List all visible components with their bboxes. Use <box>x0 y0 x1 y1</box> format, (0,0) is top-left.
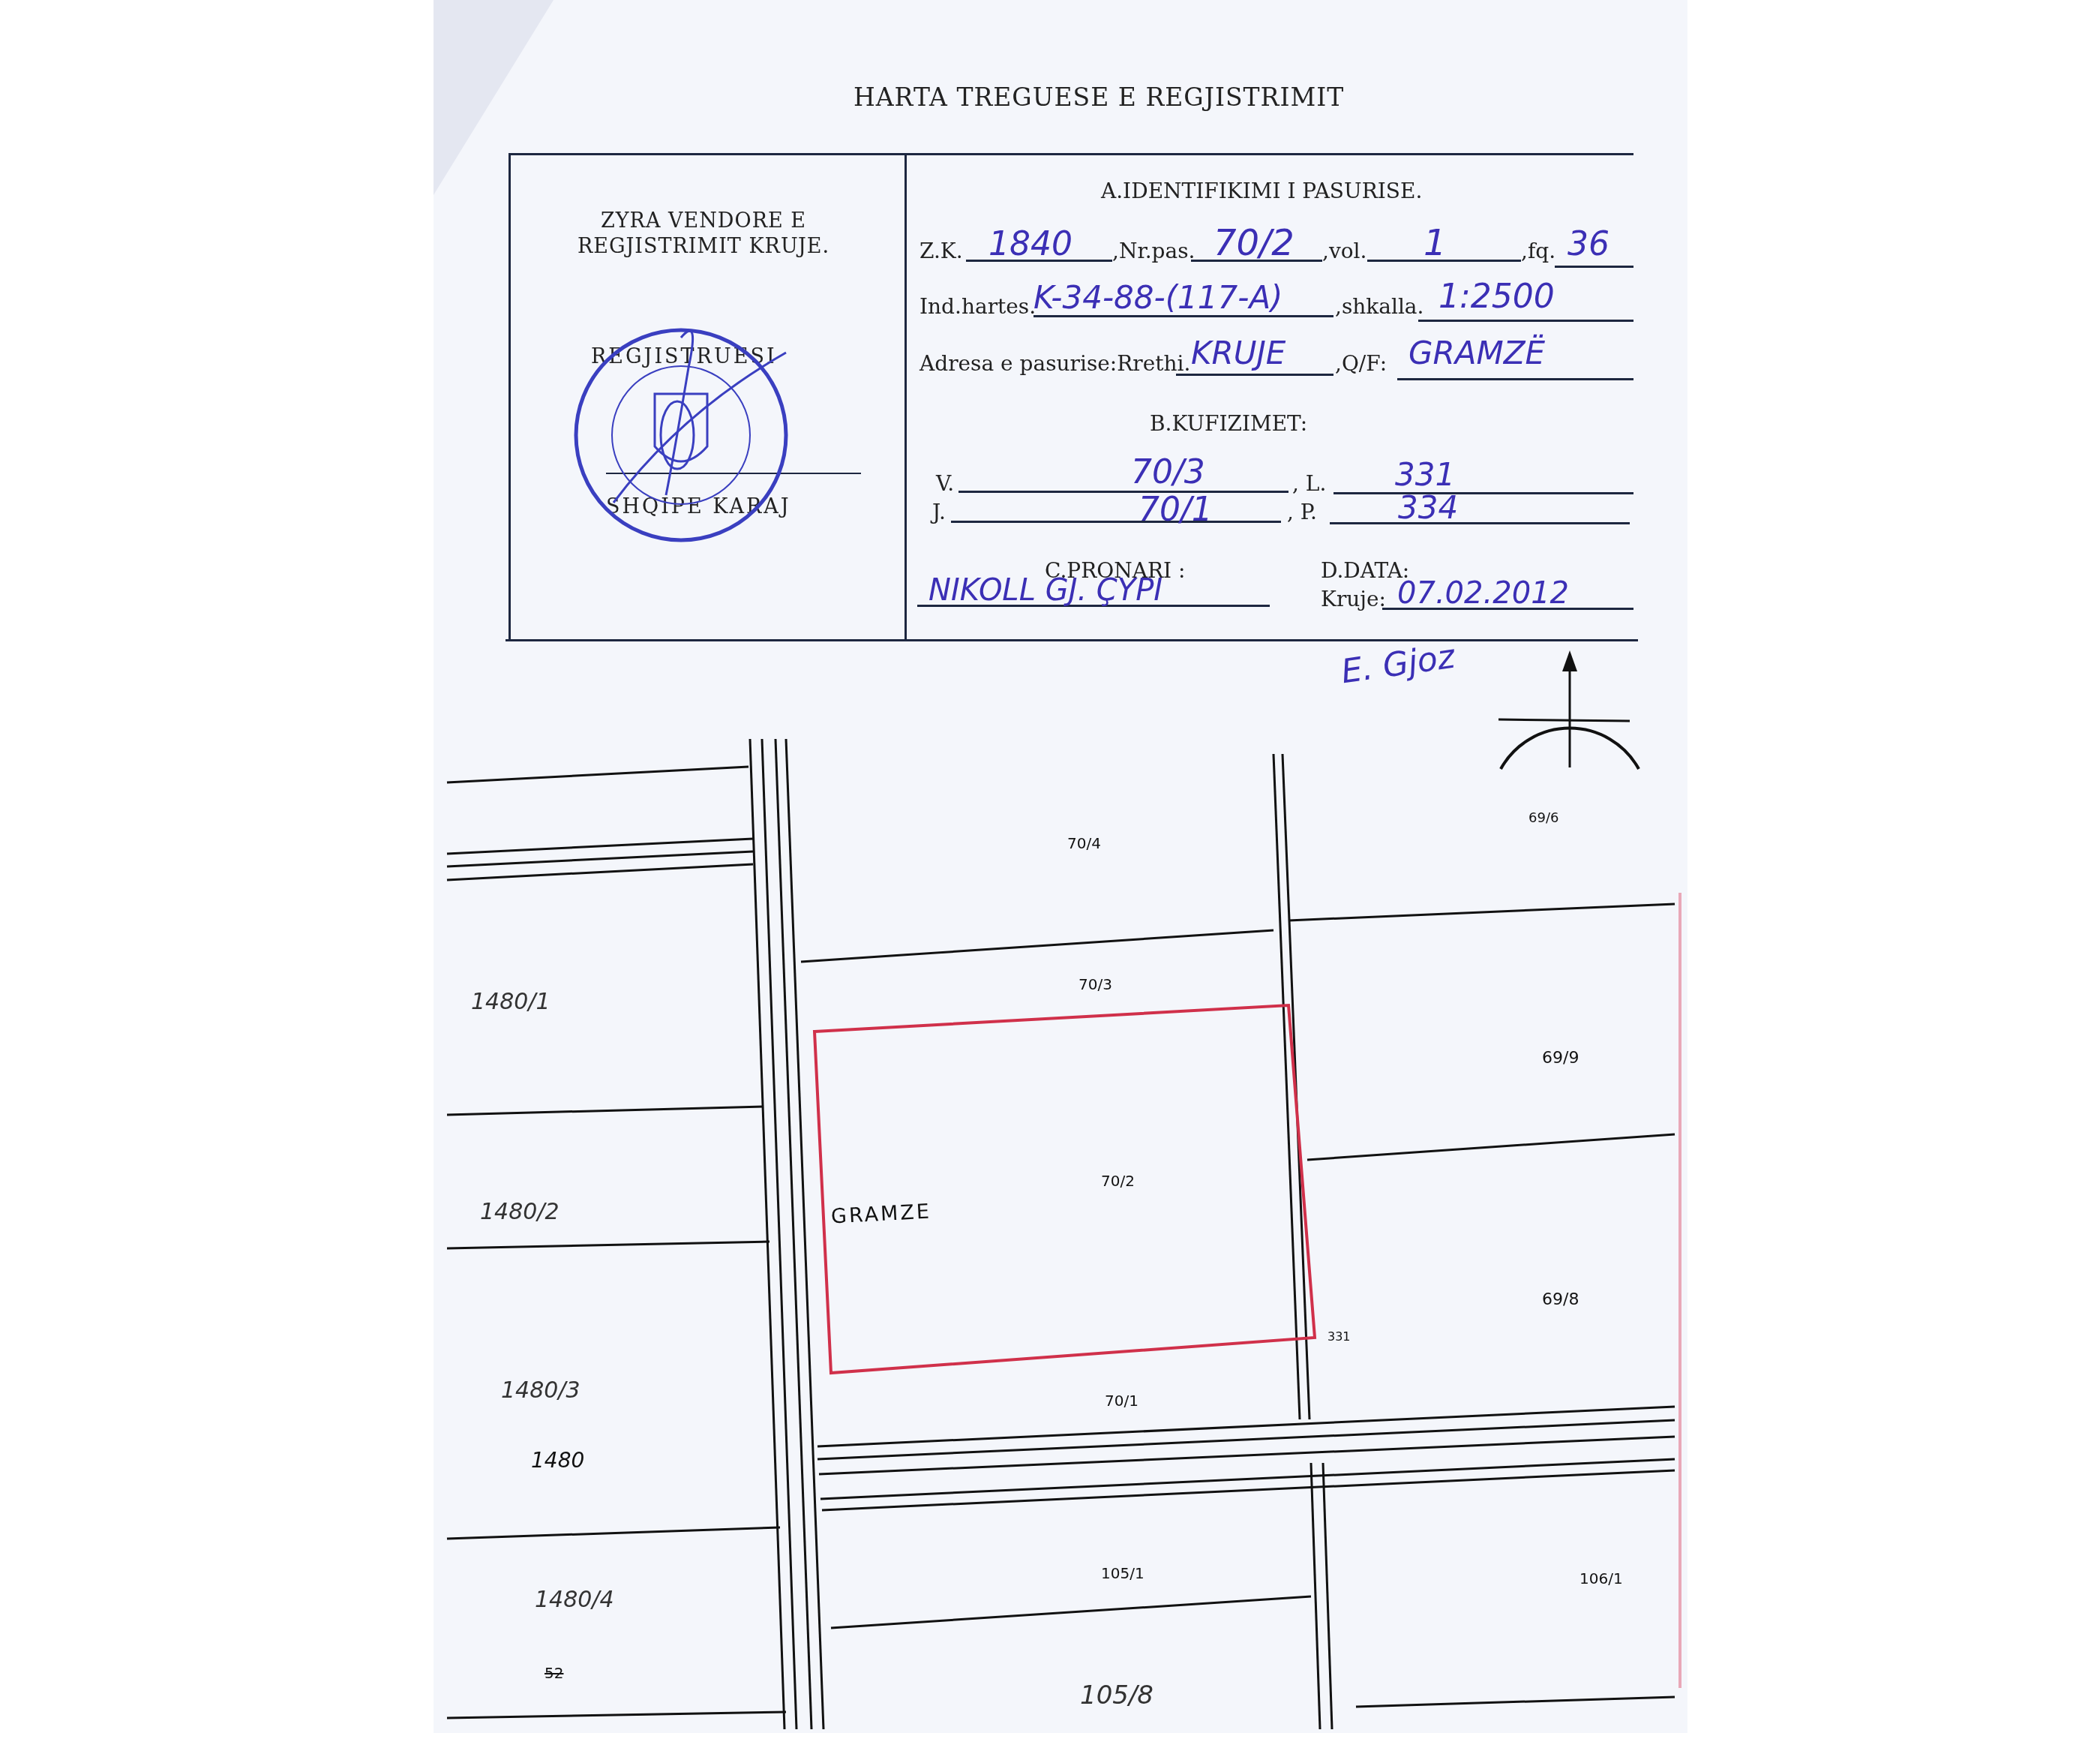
parcel-label: 70/4 <box>1067 834 1101 852</box>
parcel-label: 105/8 <box>1080 1680 1153 1710</box>
point-label: 331 <box>1327 1329 1351 1344</box>
cadastral-map <box>433 0 1687 1733</box>
parcel-label: 1480/3 <box>501 1377 580 1404</box>
parcel-label: 106/1 <box>1579 1569 1623 1587</box>
parcel-label: 69/6 <box>1528 810 1558 826</box>
parcel-label-struck: 52 <box>544 1664 563 1682</box>
parcel-label: 70/3 <box>1078 975 1112 993</box>
parcel-label: 70/2 <box>1101 1172 1135 1190</box>
parcel-label: 69/8 <box>1542 1290 1579 1309</box>
parcel-label: 105/1 <box>1101 1564 1144 1582</box>
parcel-label: 1480/1 <box>471 989 550 1015</box>
parcel-label: 69/9 <box>1542 1049 1579 1068</box>
document-page: HARTA TREGUESE E REGJISTRIMIT ZYRA VENDO… <box>433 0 1687 1733</box>
parcel-label: 1480/2 <box>480 1199 559 1225</box>
scan-edge-mark <box>1678 893 1681 1688</box>
parcel-label: 1480/4 <box>535 1587 614 1613</box>
subject-parcel-boundary <box>814 1005 1315 1373</box>
parcel-label: 1480 <box>531 1448 584 1473</box>
parcel-label: 70/1 <box>1105 1392 1138 1410</box>
